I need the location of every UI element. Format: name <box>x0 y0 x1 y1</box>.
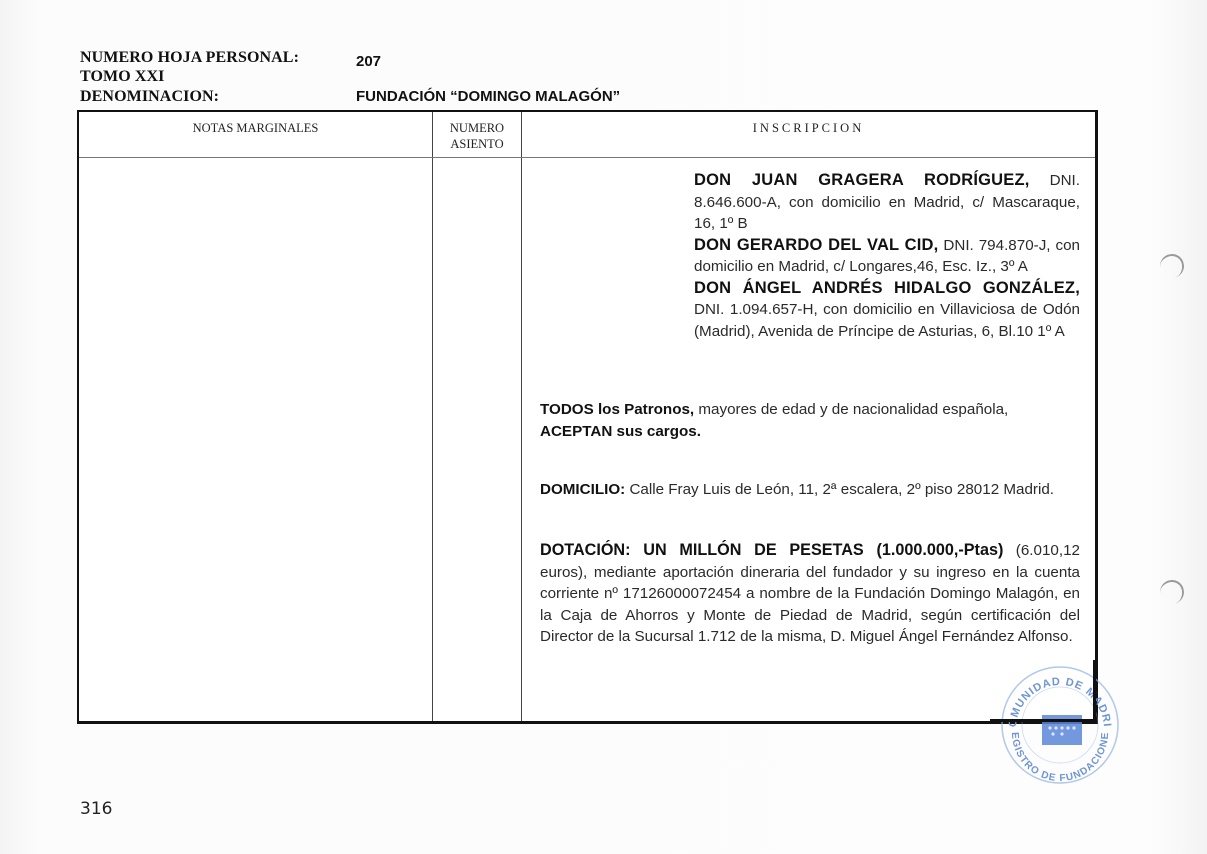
domicilio-label: DOMICILIO: <box>540 481 625 498</box>
patrono-details: DNI. 1.094.657-H, con domicilio en Villa… <box>694 301 1080 340</box>
denominacion-label: DENOMINACION: <box>80 88 219 106</box>
patronos-list: DON JUAN GRAGERA RODRÍGUEZ, DNI. 8.646.6… <box>694 170 1080 342</box>
table-border-overlay <box>1093 660 1096 722</box>
page-number: 316 <box>80 799 112 819</box>
todos-text: mayores de edad y de nacionalidad españo… <box>694 401 1008 418</box>
column-divider <box>432 112 433 721</box>
column-divider <box>521 112 522 721</box>
column-header-line: ASIENTO <box>433 136 521 152</box>
aceptan-bold: ACEPTAN sus cargos. <box>540 423 701 440</box>
patrono-entry: DON GERARDO DEL VAL CID, DNI. 794.870-J,… <box>694 235 1080 278</box>
column-header-inscripcion: INSCRIPCION <box>522 121 1095 166</box>
domicilio-text: Calle Fray Luis de León, 11, 2ª escalera… <box>625 481 1054 498</box>
patrono-entry: DON JUAN GRAGERA RODRÍGUEZ, DNI. 8.646.6… <box>694 170 1080 235</box>
column-header-numero-asiento: NUMERO ASIENTO <box>433 120 521 165</box>
patrono-name: DON GERARDO DEL VAL CID, <box>694 236 938 254</box>
column-header-notas-marginales: NOTAS MARGINALES <box>79 121 432 166</box>
patrono-name: DON JUAN GRAGERA RODRÍGUEZ, <box>694 171 1030 189</box>
tomo-label: TOMO XXI <box>80 68 165 86</box>
table-border-overlay <box>990 719 1096 722</box>
denominacion-value: FUNDACIÓN “DOMINGO MALAGÓN” <box>356 88 620 105</box>
patronos-acceptance-paragraph: TODOS los Patronos, mayores de edad y de… <box>540 399 1080 442</box>
dotacion-label: DOTACIÓN: UN MILLÓN DE PESETAS (1.000.00… <box>540 541 1003 559</box>
patrono-entry: DON ÁNGEL ANDRÉS HIDALGO GONZÁLEZ, DNI. … <box>694 278 1080 343</box>
domicilio-paragraph: DOMICILIO: Calle Fray Luis de León, 11, … <box>540 479 1080 501</box>
registro-fundaciones-stamp: COMUNIDAD DE MADRID REGISTRO DE FUNDACIO… <box>998 663 1122 787</box>
patrono-name: DON ÁNGEL ANDRÉS HIDALGO GONZÁLEZ, <box>694 279 1080 297</box>
column-header-line: NUMERO <box>433 120 521 136</box>
hoja-personal-label: NUMERO HOJA PERSONAL: <box>80 49 299 67</box>
hoja-personal-value: 207 <box>356 53 381 70</box>
dotacion-paragraph: DOTACIÓN: UN MILLÓN DE PESETAS (1.000.00… <box>540 540 1080 648</box>
todos-bold: TODOS los Patronos, <box>540 401 694 418</box>
